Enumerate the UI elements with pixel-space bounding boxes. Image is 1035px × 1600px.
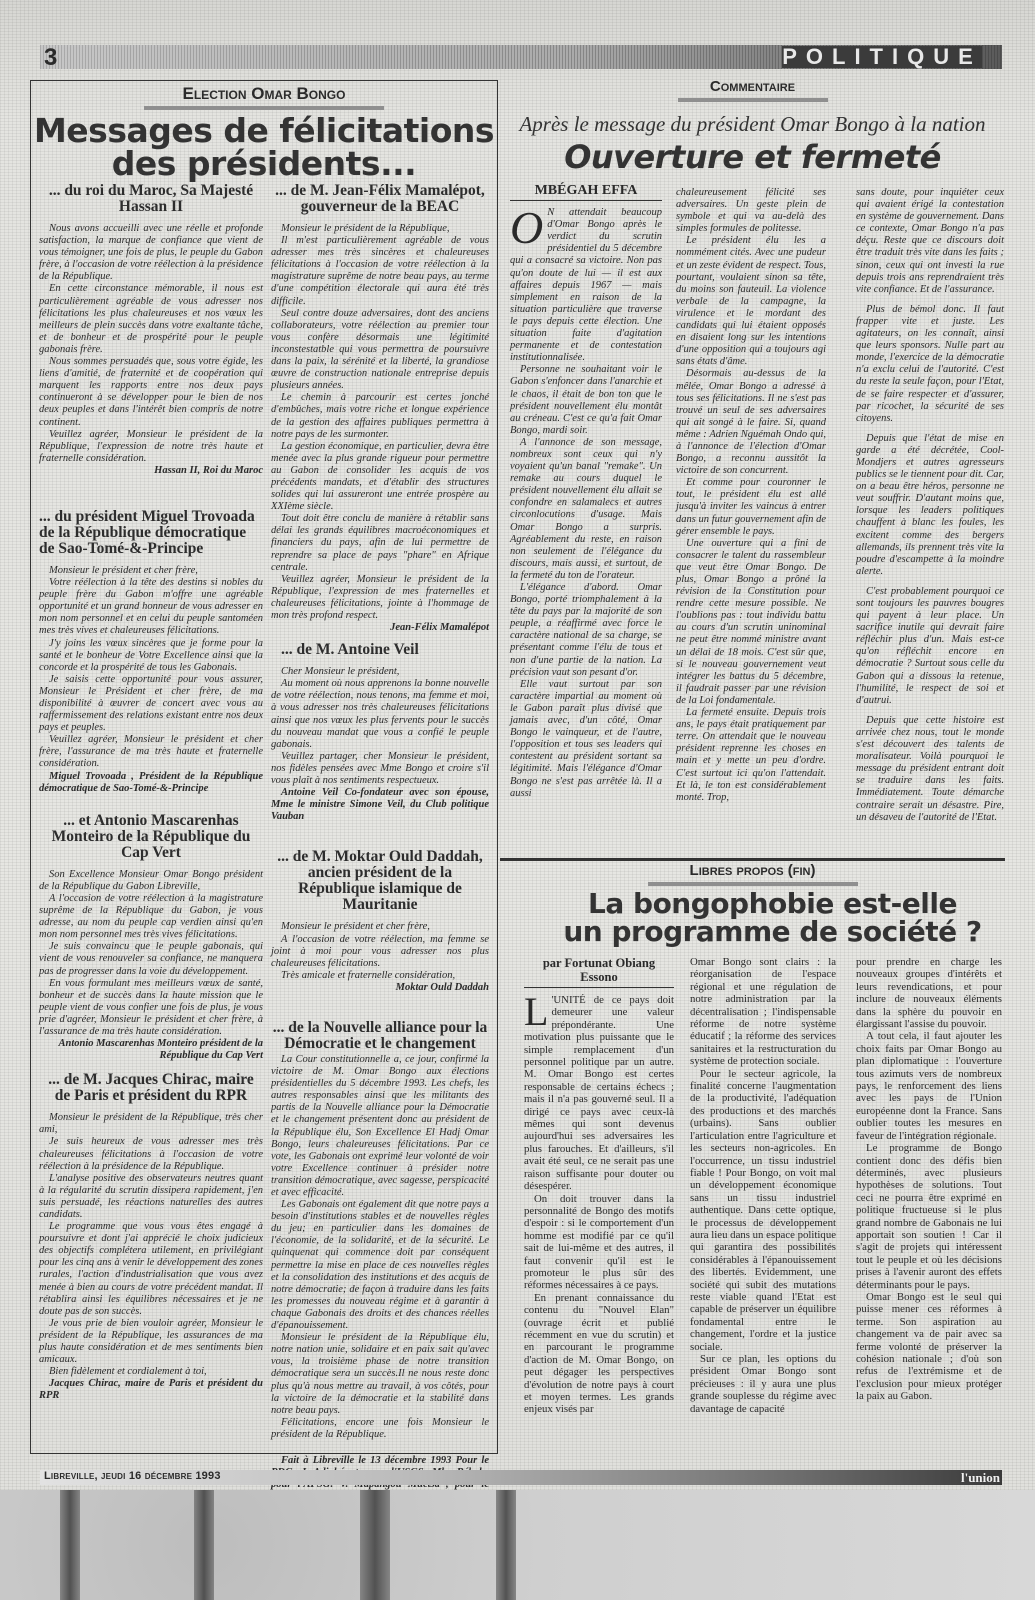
message-title-trovoada: ... du président Miguel Trovoada de la R… (39, 509, 263, 557)
paragraph: Monsieur le président de la République, … (39, 1112, 263, 1136)
paragraph: En prenant connaissance du contenu du "N… (524, 1292, 674, 1416)
signature-mamalepot: Jean-Félix Mamalépot (271, 622, 489, 634)
paragraph: Seul contre douze adversaires, dont des … (271, 308, 489, 393)
paragraph: Le président élu les a nommément cités. … (676, 235, 826, 368)
paragraph: Très amicale et fraternelle considératio… (271, 970, 489, 982)
paragraph: La Cour constitutionnelle a, ce jour, co… (271, 1054, 489, 1199)
scan-margin (0, 1490, 1035, 1600)
section-rubric: POLITIQUE (782, 46, 982, 68)
opinion-kicker: Libres propos (fin) (690, 862, 816, 879)
message-title-nouvelle-alliance: ... de la Nouvelle alliance pour la Démo… (271, 1020, 489, 1052)
paragraph: Omar Bongo est le seul qui puisse mener … (856, 1291, 1002, 1403)
paragraph: Nous avons accueilli avec une réelle et … (39, 223, 263, 283)
drop-cap: O (510, 209, 543, 247)
opinion-header: Libres propos (fin) La bongophobie est-e… (500, 862, 1005, 946)
paragraph: Veuillez agréer, Monsieur le président d… (271, 574, 489, 622)
paragraph: La fermeté ensuite. Depuis trois ans, le… (676, 707, 826, 804)
paragraph: Il m'est particulièrement agréable de vo… (271, 235, 489, 308)
paragraph: Elle vaut surtout par son caractère impa… (510, 679, 662, 800)
paragraph: Le programme de Bongo contient donc des … (856, 1142, 1002, 1291)
scan-artifact (194, 1490, 214, 1600)
signature-daddah: Moktar Ould Daddah (271, 982, 489, 994)
paragraph: Depuis que cette histoire est arrivée ch… (856, 715, 1004, 824)
paragraph: Monsieur le président et cher frère, (39, 565, 263, 577)
commentary-col-3: sans doute, pour inquiéter ceux qui avai… (856, 187, 1004, 824)
paragraph: Omar Bongo sont clairs : la réorganisati… (690, 956, 836, 1068)
main-headline: Messages de félicitations des présidents… (31, 114, 497, 180)
paragraph: Veuillez partager, cher Monsieur le prés… (271, 751, 489, 787)
paragraph: Monsieur le président de la République é… (271, 1332, 489, 1417)
paragraph: Félicitations, encore une fois Monsieur … (271, 1417, 489, 1441)
signature-monteiro: Antonio Mascarenhas Monteiro président d… (39, 1038, 263, 1062)
masthead-logo: l'union (940, 1470, 1000, 1485)
commentary-byline: MBÉGAH EFFA (510, 185, 662, 201)
scan-artifact (60, 1490, 80, 1600)
opinion-col-3: pour prendre en charge les nouveaux grou… (856, 956, 1002, 1403)
congratulations-article-box: Election Omar Bongo Messages de félicita… (30, 80, 498, 1454)
paragraph: A l'occasion de votre réélection à la ma… (39, 893, 263, 941)
paragraph: Les Gabonais ont également dit que notre… (271, 1199, 489, 1332)
paragraph: Cher Monsieur le président, (271, 666, 489, 678)
commentary-kicker: Commentaire (710, 78, 795, 95)
paragraph: Veuillez agréer, Monsieur le président d… (39, 429, 263, 465)
commentary-col-1: MBÉGAH EFFA ON attendait beaucoup d'Omar… (510, 185, 662, 800)
paragraph: Sur ce plan, les options du président Om… (690, 1353, 836, 1415)
paragraph: Je suis convaincu que le peuple gabonais… (39, 941, 263, 977)
kicker-underline (648, 882, 858, 886)
paragraph: A l'occasion de votre réélection, ma fem… (271, 934, 489, 970)
paragraph: Son Excellence Monsieur Omar Bongo prési… (39, 869, 263, 893)
drop-cap: L (524, 996, 548, 1028)
paragraph: Nous sommes persuadés que, sous votre ég… (39, 356, 263, 429)
message-title-hassan: ... du roi du Maroc, Sa Majesté Hassan I… (39, 183, 263, 215)
commentary-header: Commentaire Après le message du présiden… (500, 78, 1005, 175)
signature-chirac: Jacques Chirac, maire de Paris et présid… (39, 1378, 263, 1402)
signature-hassan: Hassan II, Roi du Maroc (39, 465, 263, 477)
paragraph: Depuis que l'état de mise en garde a été… (856, 433, 1004, 578)
commentary-deck: Après le message du président Omar Bongo… (500, 112, 1005, 137)
paragraph: Le programme que vous vous êtes engagé à… (39, 1221, 263, 1318)
paragraph: A tout cela, il faut ajouter les choix f… (856, 1030, 1002, 1142)
left-column-a: ... du roi du Maroc, Sa Majesté Hassan I… (39, 183, 263, 1403)
paragraph: Plus de bémol donc. Il faut frapper vite… (856, 304, 1004, 425)
paragraph: J'y joins les vœux sincères que je forme… (39, 638, 263, 674)
opinion-col-2: Omar Bongo sont clairs : la réorganisati… (690, 956, 836, 1415)
commentary-headline: Ouverture et fermeté (500, 139, 1005, 175)
paragraph: sans doute, pour inquiéter ceux qui avai… (856, 187, 1004, 296)
kicker-underline (144, 106, 384, 110)
paragraph: A l'annonce de son message, nombreux son… (510, 437, 662, 582)
paragraph: Le chemin à parcourir est certes jonché … (271, 392, 489, 440)
paragraph: Votre réélection à la tête des destins s… (39, 577, 263, 637)
paragraph: L'analyse positive des observateurs neut… (39, 1173, 263, 1221)
paragraph: On doit trouver dans la personnalité de … (524, 1193, 674, 1292)
message-title-monteiro: ... et Antonio Mascarenhas Monteiro de l… (39, 813, 263, 861)
page-number: 3 (44, 44, 57, 72)
paragraph: Je saisis cette opportunité pour vous as… (39, 674, 263, 734)
message-title-mamalepot: ... de M. Jean-Félix Mamalépot, gouverne… (271, 183, 489, 215)
kicker-underline (678, 98, 828, 102)
paragraph: Et comme pour couronner le tout, le prés… (676, 477, 826, 537)
paragraph: L'élégance d'abord. Omar Bongo, porté tr… (510, 582, 662, 679)
section-divider (500, 858, 1005, 861)
message-title-daddah: ... de M. Moktar Ould Daddah, ancien pré… (271, 849, 489, 913)
opinion-col-1: par Fortunat Obiang Essono L'UNITÉ de ce… (524, 956, 674, 1416)
paragraph: C'est probablement pourquoi ce sont touj… (856, 586, 1004, 707)
left-column-b: ... de M. Jean-Félix Mamalépot, gouverne… (271, 183, 489, 1503)
paragraph: Pour le secteur agricole, la finalité co… (690, 1068, 836, 1353)
paragraph: La gestion économique, en particulier, d… (271, 441, 489, 514)
paragraph: Monsieur le président de la République, (271, 223, 489, 235)
paragraph: En cette circonstance mémorable, il nous… (39, 283, 263, 356)
paragraph: Une ouverture qui a fini de consacrer le… (676, 538, 826, 707)
opinion-headline: La bongophobie est-elle un programme de … (500, 890, 1005, 946)
paragraph: chaleureusement félicité ses adversaires… (676, 187, 826, 235)
paragraph: Personne ne souhaitant voir le Gabon s'e… (510, 364, 662, 437)
signature-trovoada: Miguel Trovoada , Président de la Républ… (39, 771, 263, 795)
paragraph: En vous formulant mes meilleurs vœux de … (39, 978, 263, 1038)
paragraph: Tout doit être conclu de manière à rétab… (271, 513, 489, 573)
paragraph: Je suis heureux de vous adresser mes trè… (39, 1136, 263, 1172)
section-kicker: Election Omar Bongo (183, 84, 346, 103)
paragraph: Au moment où nous apprenons la bonne nou… (271, 678, 489, 751)
paragraph: pour prendre en charge les nouveaux grou… (856, 956, 1002, 1030)
signature-veil: Antoine Veil Co-fondateur avec son épous… (271, 787, 489, 823)
footer-dateline: Libreville, jeudi 16 décembre 1993 (44, 1470, 221, 1482)
message-title-chirac: ... de M. Jacques Chirac, maire de Paris… (39, 1072, 263, 1104)
scan-artifact (496, 1490, 516, 1600)
paragraph: Veuillez agréer, Monsieur le président e… (39, 734, 263, 770)
message-title-veil: ... de M. Antoine Veil (271, 642, 489, 658)
commentary-col-2: chaleureusement félicité ses adversaires… (676, 187, 826, 804)
paragraph: Désormais au-dessus de la mêlée, Omar Bo… (676, 368, 826, 477)
opinion-byline: par Fortunat Obiang Essono (524, 956, 674, 988)
paragraph: Monsieur le président et cher frère, (271, 921, 489, 933)
paragraph: Je vous prie de bien vouloir agréer, Mon… (39, 1318, 263, 1366)
newspaper-page: 3 POLITIQUE Election Omar Bongo Messages… (0, 0, 1035, 1490)
scan-artifact (360, 1490, 390, 1600)
paragraph: Bien fidèlement et cordialement à toi, (39, 1366, 263, 1378)
